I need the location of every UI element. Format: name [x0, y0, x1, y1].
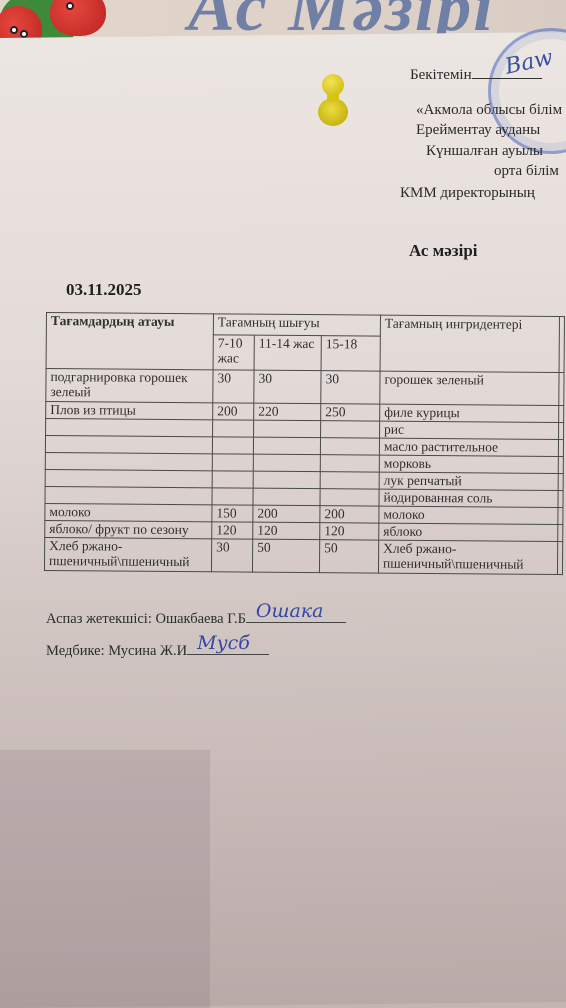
cell-ingredient: лук репчатый [379, 472, 558, 490]
approval-line: Ерейментау ауданы [416, 121, 540, 140]
paper-fold-shadow [0, 750, 210, 1008]
cell-portion-7-10: 30 [211, 539, 252, 572]
cell-portion-11-14 [253, 488, 320, 506]
cell-ingredient: горошек зеленый [380, 371, 559, 405]
cook-signoff: Аспаз жетекшісі: Ошакбаева Г.БОшака [46, 608, 346, 628]
cell-portion-7-10 [212, 437, 253, 454]
cell-extra [558, 508, 563, 525]
cell-dish [45, 452, 212, 470]
nurse-signoff: Медбике: Мусина Ж.ИМусб [46, 640, 269, 660]
approval-line: орта білім [494, 162, 559, 181]
cell-ingredient: рис [380, 421, 559, 439]
cell-portion-15-18: 250 [321, 404, 380, 421]
cell-dish: Хлеб ржано-пшеничный\пшеничный [44, 537, 211, 571]
approval-line: КММ директорының [400, 184, 535, 203]
signature-line [472, 78, 542, 79]
cell-extra [557, 542, 562, 575]
cell-portion-11-14: 200 [253, 505, 320, 523]
header-portion: Тағамның шығуы [213, 314, 380, 336]
cell-extra [559, 373, 564, 406]
header-dish-name: Тағамдардың атауы [46, 313, 213, 370]
table-row: подгарнировка горошек зелеый303030гороше… [46, 369, 564, 406]
cell-portion-11-14: 120 [253, 522, 320, 540]
header-age-15-18: 15-18 [321, 336, 380, 371]
cell-portion-11-14: 30 [254, 370, 321, 404]
cell-dish: Плов из птицы [46, 402, 213, 420]
cell-ingredient: морковь [379, 455, 558, 473]
cell-dish: подгарнировка горошек зелеый [46, 369, 213, 403]
cell-portion-11-14 [254, 420, 321, 438]
header-age-11-14: 11-14 жас [254, 335, 321, 371]
cell-portion-11-14 [253, 437, 320, 455]
header-extra [559, 317, 564, 373]
cell-dish: молоко [45, 503, 212, 521]
cell-ingredient: филе курицы [380, 404, 559, 422]
cell-portion-15-18: 50 [319, 540, 378, 573]
cell-portion-7-10: 30 [213, 370, 254, 403]
cell-portion-11-14 [253, 454, 320, 472]
approved-label: Бекітемін [410, 67, 472, 83]
cook-signature: Ошака [256, 600, 324, 622]
cell-extra [559, 423, 564, 440]
cell-portion-7-10 [212, 471, 253, 488]
strawberry-icon [50, 0, 106, 36]
approval-line: Күншалған ауылы [426, 142, 543, 161]
document-title: Ас мәзірі [409, 241, 478, 261]
cell-portion-15-18: 200 [320, 506, 379, 523]
cell-portion-15-18: 30 [321, 371, 380, 404]
cell-portion-7-10 [213, 420, 254, 437]
cook-signature-line: Ошака [246, 608, 346, 623]
approval-line: «Акмола облысы білім [416, 101, 562, 120]
cell-ingredient: масло растительное [379, 438, 558, 456]
cell-dish [45, 436, 212, 454]
cell-ingredient: йодированная соль [379, 489, 558, 507]
cell-portion-15-18 [320, 455, 379, 472]
menu-table: Тағамдардың атауы Тағамның шығуы Тағамны… [44, 312, 565, 575]
cell-dish: яблоко/ фрукт по сезону [45, 520, 212, 538]
cell-portion-11-14: 50 [252, 539, 319, 573]
cell-dish [45, 486, 212, 504]
cell-portion-15-18 [320, 472, 379, 489]
nurse-label: Медбике: Мусина Ж.И [46, 643, 187, 659]
cell-portion-15-18 [320, 489, 379, 506]
strawberry-eye-icon [66, 2, 74, 10]
cell-extra [558, 440, 563, 457]
cell-portion-7-10: 150 [212, 505, 253, 522]
header-ingredients: Тағамның ингридентері [380, 315, 559, 372]
push-pin-icon [316, 74, 350, 130]
cell-portion-7-10 [212, 488, 253, 505]
cell-extra [558, 474, 563, 491]
cell-portion-15-18 [320, 438, 379, 455]
cell-portion-7-10: 200 [213, 403, 254, 420]
cook-label: Аспаз жетекшісі: Ошакбаева Г.Б [46, 611, 246, 627]
header-age-7-10: 7-10 жас [213, 335, 254, 370]
cell-portion-15-18: 120 [320, 523, 379, 540]
cell-portion-15-18 [321, 421, 380, 438]
cell-portion-7-10: 120 [212, 522, 253, 539]
nurse-signature-line: Мусб [187, 640, 269, 655]
cell-ingredient: яблоко [379, 523, 558, 541]
cell-extra [558, 491, 563, 508]
strawberry-eye-icon [10, 26, 18, 34]
document-date: 03.11.2025 [66, 280, 142, 300]
cell-portion-7-10 [212, 454, 253, 471]
cell-dish [46, 419, 213, 437]
cell-dish [45, 469, 212, 487]
cell-ingredient: молоко [379, 506, 558, 524]
cell-extra [558, 525, 563, 542]
cell-extra [558, 457, 563, 474]
cell-ingredient: Хлеб ржано-пшеничный\пшеничный [378, 540, 557, 574]
cell-portion-11-14: 220 [254, 403, 321, 421]
cell-extra [559, 406, 564, 423]
table-row: Хлеб ржано-пшеничный\пшеничный305050Хлеб… [44, 537, 562, 574]
cell-portion-11-14 [253, 471, 320, 489]
nurse-signature: Мусб [197, 632, 250, 654]
